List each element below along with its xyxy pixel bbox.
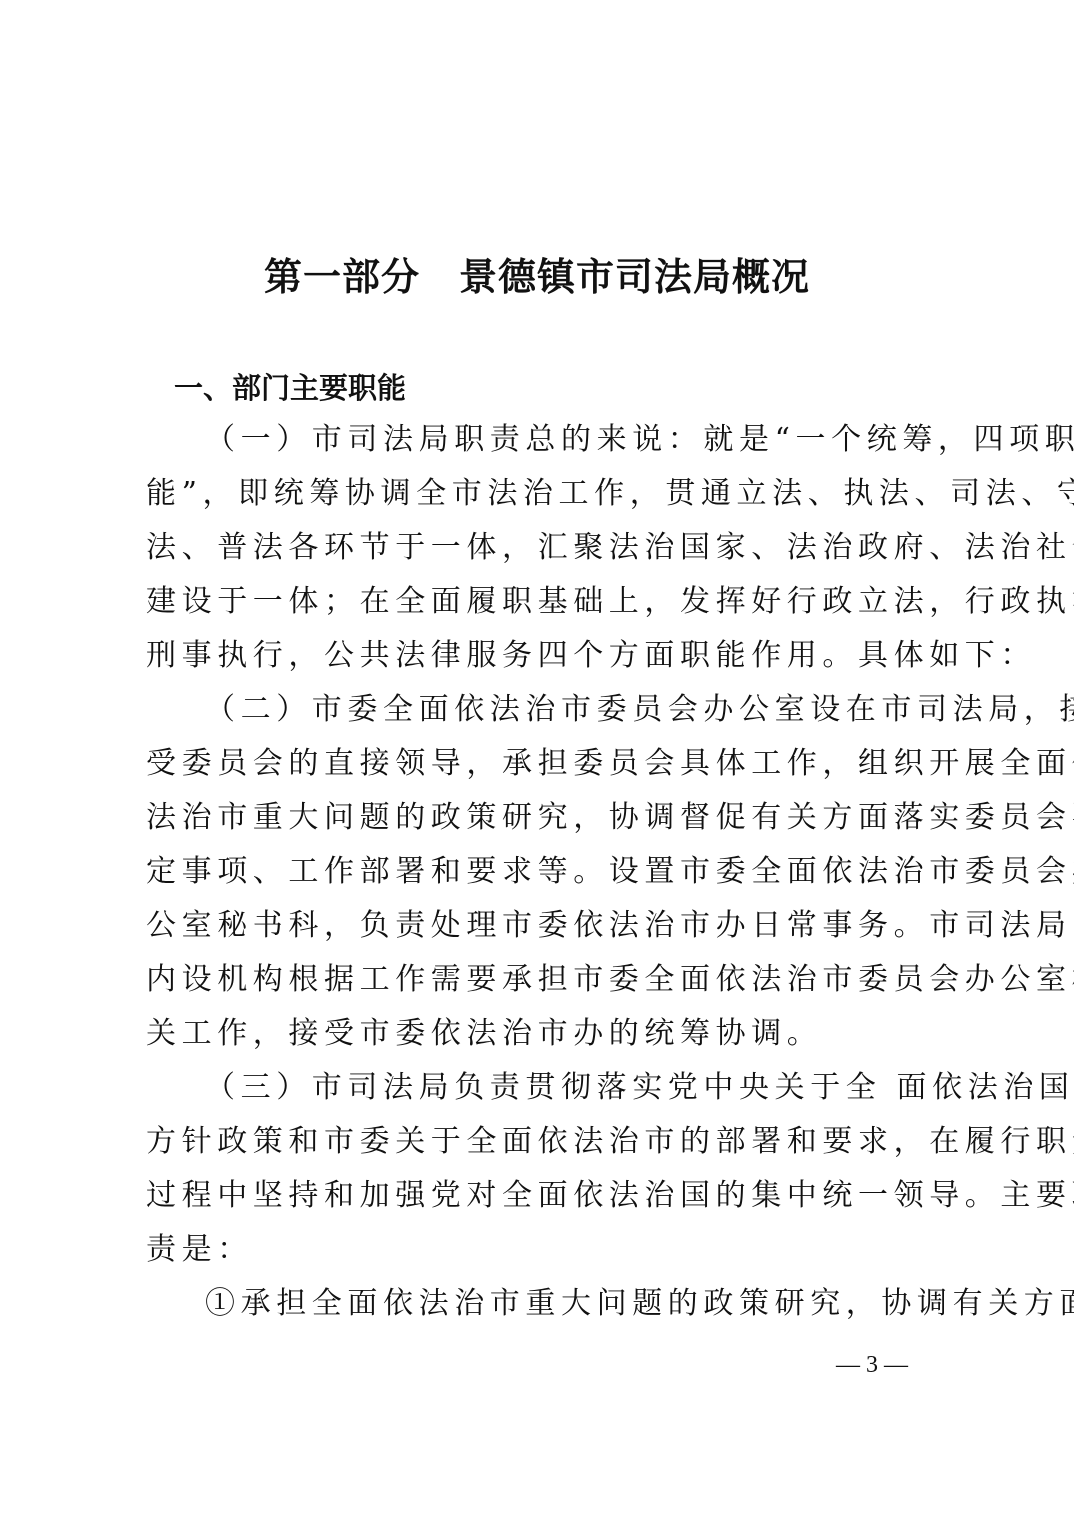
paragraph-1-line-5: 刑事执行，公共法律服务四个方面职能作用。具体如下： bbox=[146, 636, 932, 676]
paragraph-3-line-3: 过程中坚持和加强党对全面依法治国的集中统一领导。主要职 bbox=[146, 1176, 932, 1216]
paragraph-3-line-2: 方针政策和市委关于全面依法治市的部署和要求，在履行职责 bbox=[146, 1122, 932, 1162]
list-item-1-line-1: ①承担全面依法治市重大问题的政策研究，协调有关方面 bbox=[205, 1284, 932, 1324]
paragraph-2-line-6: 内设机构根据工作需要承担市委全面依法治市委员会办公室相 bbox=[146, 960, 932, 1000]
section-heading: 一、部门主要职能 bbox=[174, 366, 406, 407]
paragraph-3-line-4: 责是： bbox=[146, 1230, 932, 1270]
paragraph-2-line-2: 受委员会的直接领导，承担委员会具体工作，组织开展全面依 bbox=[146, 744, 932, 784]
paragraph-2-line-1: （二）市委全面依法治市委员会办公室设在市司法局，接 bbox=[205, 690, 932, 730]
paragraph-1-line-1: （一）市司法局职责总的来说：就是“一个统筹，四项职 bbox=[205, 420, 932, 460]
paragraph-2-line-5: 公室秘书科，负责处理市委依法治市办日常事务。市司法局的 bbox=[146, 906, 932, 946]
paragraph-1-line-2: 能”，即统筹协调全市法治工作，贯通立法、执法、司法、守 bbox=[146, 474, 932, 514]
paragraph-1-line-3: 法、普法各环节于一体，汇聚法治国家、法治政府、法治社会 bbox=[146, 528, 932, 568]
document-page: 第一部分 景德镇市司法局概况 一、部门主要职能 （一）市司法局职责总的来说：就是… bbox=[0, 0, 1074, 1520]
page-title: 第一部分 景德镇市司法局概况 bbox=[0, 246, 1074, 301]
page-number: — 3 — bbox=[836, 1352, 908, 1379]
paragraph-2-line-3: 法治市重大问题的政策研究，协调督促有关方面落实委员会决 bbox=[146, 798, 932, 838]
paragraph-3-line-1: （三）市司法局负责贯彻落实党中央关于全 面依法治国的 bbox=[205, 1068, 932, 1108]
paragraph-2-line-7: 关工作，接受市委依法治市办的统筹协调。 bbox=[146, 1014, 932, 1054]
paragraph-2-line-4: 定事项、工作部署和要求等。设置市委全面依法治市委员会办 bbox=[146, 852, 932, 892]
paragraph-1-line-4: 建设于一体；在全面履职基础上，发挥好行政立法，行政执法， bbox=[146, 582, 932, 622]
